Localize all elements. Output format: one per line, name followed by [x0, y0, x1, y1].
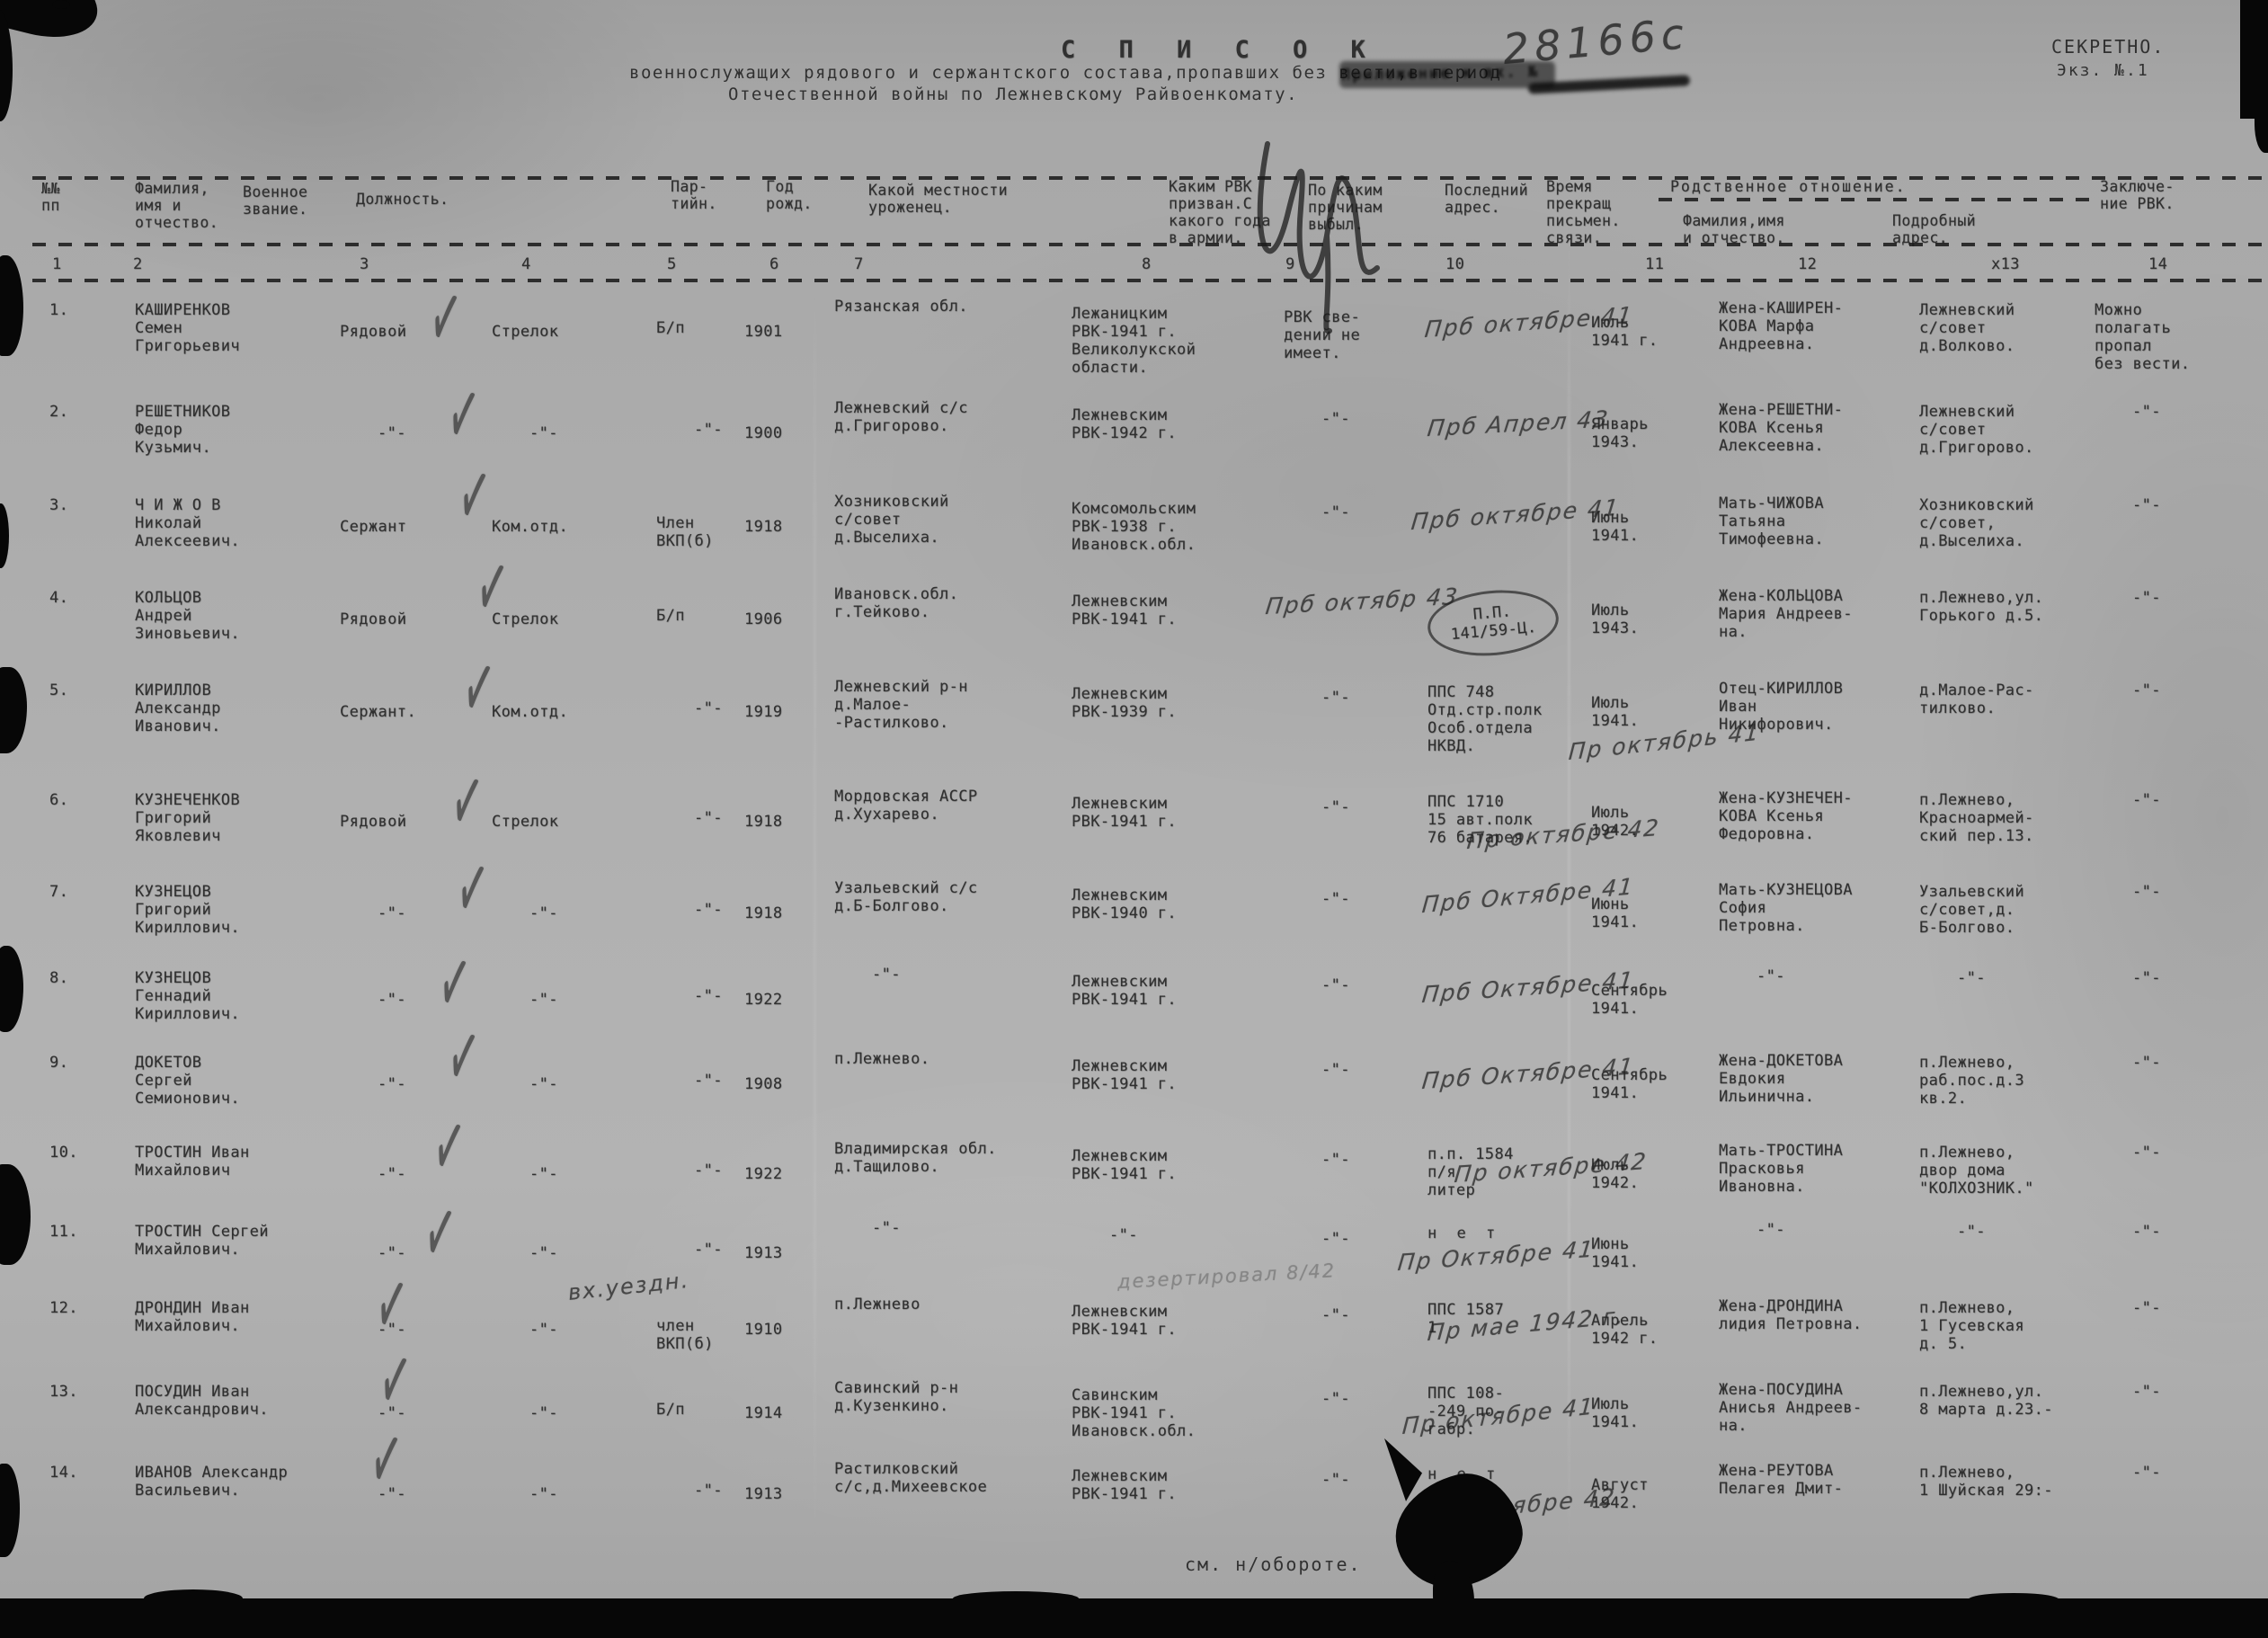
- cell-origin: Растилковский с/с,д.Михеевское: [834, 1460, 987, 1496]
- cell-rank: -"-: [340, 904, 406, 922]
- cell-year: 1901: [744, 323, 783, 341]
- column-number-8: 8: [1142, 255, 1152, 273]
- cell-position: -"-: [492, 904, 558, 922]
- cell-reason: -"-: [1284, 1151, 1350, 1169]
- cell-num: 8.: [49, 969, 68, 987]
- table-rule-bottom: [32, 279, 2268, 282]
- cell-year: 1910: [744, 1321, 783, 1339]
- cell-party: -"-: [656, 1241, 723, 1259]
- cell-name: ДРОНДИН Иван Михайлович.: [135, 1299, 250, 1335]
- cell-year: 1922: [744, 991, 783, 1009]
- cell-concl: -"-: [2095, 403, 2161, 421]
- column-number-11: 11: [1645, 255, 1664, 273]
- cell-relative: Жена-КУЗНЕЧЕН- КОВА Ксенья Федоровна.: [1719, 789, 1853, 843]
- cell-year: 1913: [744, 1244, 783, 1262]
- document-page: С П И С О К военнослужащих рядового и се…: [0, 0, 2268, 1638]
- cell-last: н е т: [1428, 1224, 1500, 1242]
- cell-num: 14.: [49, 1464, 78, 1482]
- cell-origin: Савинский р-н д.Кузенкино.: [834, 1379, 958, 1415]
- cell-reason: -"-: [1284, 689, 1350, 707]
- cell-relative: Жена-ДОКЕТОВА Евдокия Ильинична.: [1719, 1052, 1843, 1106]
- cell-position: Стрелок: [492, 323, 558, 341]
- cell-name: КОЛЬЦОВ Андрей Зиновьевич.: [135, 589, 240, 643]
- cell-time: Июль 1941.: [1591, 694, 1639, 730]
- cell-relative: Мать-КУЗНЕЦОВА София Петровна.: [1719, 881, 1853, 935]
- checkmark-icon: ✓: [422, 1162, 458, 1298]
- column-number-4: 4: [521, 255, 531, 273]
- cell-reason: -"-: [1284, 798, 1350, 816]
- cell-party: Член ВКП(б): [656, 514, 714, 550]
- cell-year: 1918: [744, 904, 783, 922]
- torn-edge-left-2: [0, 503, 9, 568]
- torn-edge-top-left: [0, 0, 105, 49]
- cell-relative: Мать-ЧИЖОВА Татьяна Тимофеевна.: [1719, 494, 1824, 548]
- cell-reason: -"-: [1284, 890, 1350, 908]
- cell-position: -"-: [492, 424, 558, 442]
- table-header-col-10: Последний адрес.: [1445, 182, 1528, 216]
- table-header-col-6: Год рожд.: [766, 178, 813, 212]
- cell-concl: -"-: [2095, 791, 2161, 809]
- cell-party: -"-: [656, 699, 723, 717]
- table-header-col-1: №№ пп: [41, 180, 60, 214]
- cell-drafted: Лежневским РВК-1941 г.: [1072, 1147, 1177, 1183]
- page-subtitle-2: Отечественной войны по Лежневскому Райво…: [728, 85, 1298, 104]
- cell-rank: -"-: [340, 1075, 406, 1093]
- cell-num: 12.: [49, 1299, 78, 1317]
- cell-concl: -"-: [2095, 681, 2161, 699]
- cell-position: -"-: [492, 991, 558, 1009]
- cell-drafted: -"-: [1072, 1226, 1138, 1244]
- cell-rel_addr: п.Лежнево, Красноармей- ский пер.13.: [1919, 791, 2034, 845]
- table-header-col-14: Заключе- ние РВК.: [2100, 178, 2175, 212]
- table-header-col-7: Какой местности уроженец.: [868, 182, 1008, 216]
- cell-num: 7.: [49, 883, 68, 901]
- cell-name: ТРОСТИН Сергей Михайлович.: [135, 1223, 269, 1259]
- cell-rank: -"-: [340, 991, 406, 1009]
- column-number-6: 6: [769, 255, 779, 273]
- page-title: С П И С О К: [1061, 36, 1380, 64]
- handwritten-note: Прб октябре 41: [1410, 494, 1621, 536]
- cell-drafted: Лежневским РВК-1942 г.: [1072, 406, 1177, 442]
- handwritten-stamp-number: 28166с: [1501, 9, 1692, 74]
- cell-party: -"-: [656, 901, 723, 919]
- cell-origin: Узальевский с/с д.Б-Болгово.: [834, 879, 978, 915]
- cell-concl: -"-: [2095, 1383, 2161, 1401]
- cell-party: Б/п: [656, 1401, 685, 1419]
- cell-origin: -"-: [834, 1219, 901, 1237]
- cell-relative: Жена-ПОСУДИНА Анисья Андреев- на.: [1719, 1381, 1863, 1435]
- cell-time: Июнь 1941.: [1591, 1235, 1639, 1271]
- cell-party: -"-: [656, 1072, 723, 1090]
- cell-num: 3.: [49, 496, 68, 514]
- table-header-col-2: Фамилия, имя и отчество.: [135, 180, 218, 231]
- cell-origin: Рязанская обл.: [834, 298, 968, 316]
- cell-origin: Хозниковский с/совет д.Выселиха.: [834, 493, 949, 547]
- cell-party: -"-: [656, 809, 723, 827]
- column-number-7: 7: [854, 255, 864, 273]
- cell-year: 1919: [744, 703, 783, 721]
- cell-rank: Сержант: [340, 518, 406, 536]
- cell-rel_addr: п.Лежнево,ул. Горького д.5.: [1919, 589, 2043, 625]
- cell-relative: Мать-ТРОСТИНА Прасковья Ивановна.: [1719, 1142, 1843, 1196]
- table-header-col-3: Военное звание.: [243, 183, 307, 218]
- column-number-1: 1: [52, 255, 62, 273]
- cell-party: Б/п: [656, 607, 685, 625]
- cell-concl: -"-: [2095, 1299, 2161, 1317]
- cell-origin: Лежневский с/с д.Григорово.: [834, 399, 968, 435]
- cell-relative: -"-: [1719, 967, 1785, 985]
- cell-name: ДОКЕТОВ Сергей Семионович.: [135, 1054, 240, 1108]
- cell-rel_addr: Хозниковский с/совет, д.Выселиха.: [1919, 496, 2034, 550]
- cell-reason: -"-: [1284, 976, 1350, 994]
- cell-num: 2.: [49, 403, 68, 421]
- cell-drafted: Лежневским РВК-1941 г.: [1072, 1467, 1177, 1503]
- cell-rel_addr: п.Лежнево, раб.пос.д.3 кв.2.: [1919, 1054, 2024, 1108]
- bottom-scan-bar: [0, 1598, 2268, 1638]
- cell-concl: Можно полагать пропал без вести.: [2095, 301, 2190, 373]
- cell-concl: -"-: [2095, 1054, 2161, 1072]
- cell-num: 9.: [49, 1054, 68, 1072]
- cell-rel_addr: д.Малое-Рас- тилково.: [1919, 681, 2034, 717]
- cell-relative: -"-: [1719, 1221, 1785, 1239]
- cell-year: 1918: [744, 518, 783, 536]
- cell-drafted: Лежневским РВК-1941 г.: [1072, 592, 1177, 628]
- cell-relative: Жена-РЕШЕТНИ- КОВА Ксенья Алексеевна.: [1719, 401, 1843, 455]
- copy-number-label: Экз. №.1: [2057, 61, 2149, 80]
- torn-edge-left-1: [0, 255, 23, 356]
- table-group-header: Родственное отношение.: [1670, 178, 1907, 195]
- cell-rank: Сержант.: [340, 703, 416, 721]
- cell-origin: -"-: [834, 966, 901, 984]
- column-number-13: х13: [1991, 255, 2020, 273]
- cell-reason: -"-: [1284, 503, 1350, 521]
- table-header-col-5: Пар- тийн.: [671, 178, 717, 212]
- cell-relative: Жена-КАШИРЕН- КОВА Марфа Андреевна.: [1719, 299, 1843, 353]
- cell-party: -"-: [656, 1162, 723, 1180]
- torn-edge-left-4: [0, 946, 23, 1032]
- torn-edge-left-5: [0, 1164, 31, 1265]
- table-rule-group: [1659, 198, 2090, 201]
- cell-drafted: Комсомольским РВК-1938 г. Ивановск.обл.: [1072, 500, 1196, 554]
- cell-origin: Мордовская АССР д.Хухарево.: [834, 788, 978, 823]
- cell-num: 5.: [49, 681, 68, 699]
- cell-relative: Жена-КОЛЬЦОВА Мария Андреев- на.: [1719, 587, 1853, 641]
- cell-name: КУЗНЕЧЕНКОВ Григорий Яковлевич: [135, 791, 240, 845]
- cell-reason: -"-: [1284, 1390, 1350, 1408]
- table-rule-top: [32, 176, 2268, 180]
- cell-relative: Жена-ДРОНДИНА лидия Петровна.: [1719, 1297, 1863, 1333]
- cell-party: -"-: [656, 987, 723, 1005]
- handwritten-desertion-note: дезертировал 8/42: [1116, 1260, 1336, 1293]
- cell-num: 13.: [49, 1383, 78, 1401]
- table-header-col-4: Должность.: [356, 191, 449, 208]
- cell-position: Стрелок: [492, 813, 558, 831]
- paper-crease: [814, 288, 816, 1546]
- cell-reason: -"-: [1284, 1306, 1350, 1324]
- cell-origin: Лежневский р-н д.Малое- -Растилково.: [834, 678, 968, 732]
- cell-drafted: Лежневским РВК-1941 г.: [1072, 1303, 1177, 1339]
- cell-drafted: Лежневским РВК-1941 г.: [1072, 973, 1177, 1009]
- checkmark-icon: ✓: [461, 617, 496, 753]
- cell-drafted: Лежневским РВК-1940 г.: [1072, 886, 1177, 922]
- cell-rank: -"-: [340, 424, 406, 442]
- cell-position: -"-: [492, 1485, 558, 1503]
- cell-concl: -"-: [2095, 1223, 2161, 1241]
- column-number-3: 3: [360, 255, 369, 273]
- cell-concl: -"-: [2095, 969, 2161, 987]
- cell-year: 1906: [744, 610, 783, 628]
- cell-name: ТРОСТИН Иван Михайлович: [135, 1144, 250, 1180]
- torn-edge-right-taper: [2255, 117, 2268, 153]
- cell-concl: -"-: [2095, 883, 2161, 901]
- cell-rank: -"-: [340, 1165, 406, 1183]
- cell-name: ИВАНОВ Александр Васильевич.: [135, 1464, 288, 1500]
- cell-position: -"-: [492, 1165, 558, 1183]
- handwritten-note: Прб октябр 43: [1264, 583, 1460, 619]
- table-header-col-12: Фамилия,имя и отчество.: [1683, 212, 1785, 246]
- handwritten-note: Прб Апрел 43: [1426, 405, 1611, 441]
- cell-relative: Жена-РЕУТОВА Пелагея Дмит-: [1719, 1462, 1843, 1498]
- cell-rel_addr: -"-: [1919, 1223, 1986, 1241]
- cell-time: Июль 1941.: [1591, 1395, 1639, 1431]
- cell-origin: Ивановск.обл. г.Тейково.: [834, 585, 958, 621]
- torn-edge-left-3: [0, 667, 27, 753]
- cell-drafted: Лежаницким РВК-1941 г. Великолукской обл…: [1072, 305, 1196, 377]
- cell-concl: -"-: [2095, 1144, 2161, 1162]
- pen-scrawl-icon: [1241, 126, 1447, 333]
- table-header-col-13: Подробный адрес.: [1892, 212, 1976, 246]
- cell-concl: -"-: [2095, 589, 2161, 607]
- cell-num: 1.: [49, 301, 68, 319]
- cell-position: -"-: [492, 1244, 558, 1262]
- cell-rel_addr: п.Лежнево, 1 Гусевская д. 5.: [1919, 1299, 2024, 1353]
- cell-origin: Владимирская обл. д.Тащилово.: [834, 1140, 997, 1176]
- column-number-12: 12: [1798, 255, 1817, 273]
- cell-drafted: Лежневским РВК-1939 г.: [1072, 685, 1177, 721]
- cell-position: -"-: [492, 1404, 558, 1422]
- cell-num: 10.: [49, 1144, 78, 1162]
- cell-drafted: Савинским РВК-1941 г. Ивановск.обл.: [1072, 1386, 1196, 1440]
- cell-concl: -"-: [2095, 1464, 2161, 1482]
- cell-name: КАШИРЕНКОВ Семен Григорьевич: [135, 301, 240, 355]
- cell-drafted: Лежневским РВК-1941 г.: [1072, 1057, 1177, 1093]
- cell-rel_addr: Лежневский с/совет д.Григорово.: [1919, 403, 2034, 457]
- cell-drafted: Лежневским РВК-1941 г.: [1072, 795, 1177, 831]
- cell-position: Ком.отд.: [492, 703, 568, 721]
- cell-name: Ч И Ж О В Николай Алексеевич.: [135, 496, 240, 550]
- cell-name: ПОСУДИН Иван Александрович.: [135, 1383, 269, 1419]
- cell-rank: Рядовой: [340, 610, 406, 628]
- cell-year: 1922: [744, 1165, 783, 1183]
- column-number-5: 5: [667, 255, 677, 273]
- column-number-10: 10: [1445, 255, 1464, 273]
- column-number-2: 2: [133, 255, 143, 273]
- cell-name: КИРИЛЛОВ Александр Иванович.: [135, 681, 221, 735]
- cell-name: КУЗНЕЦОВ Геннадий Кириллович.: [135, 969, 240, 1023]
- cell-rel_addr: п.Лежнево,ул. 8 марта д.23.-: [1919, 1383, 2053, 1419]
- cell-num: 6.: [49, 791, 68, 809]
- cell-year: 1913: [744, 1485, 783, 1503]
- cell-party: -"-: [656, 1482, 723, 1500]
- cell-rel_addr: Узальевский с/совет,д. Б-Болгово.: [1919, 883, 2024, 937]
- cell-rel_addr: -"-: [1919, 969, 1986, 987]
- cell-num: 11.: [49, 1223, 78, 1241]
- cell-rank: Рядовой: [340, 813, 406, 831]
- column-number-14: 14: [2148, 255, 2167, 273]
- cell-origin: п.Лежнево.: [834, 1050, 929, 1068]
- cell-rel_addr: п.Лежнево, двор дома "КОЛХОЗНИК.": [1919, 1144, 2034, 1197]
- cell-year: 1918: [744, 813, 783, 831]
- cell-rel_addr: Лежневский с/совет д.Волково.: [1919, 301, 2015, 355]
- cell-reason: -"-: [1284, 1061, 1350, 1079]
- cell-concl: -"-: [2095, 496, 2161, 514]
- handwritten-party-note: вх.уездн.: [567, 1268, 691, 1305]
- cell-position: -"-: [492, 1075, 558, 1093]
- cell-year: 1908: [744, 1075, 783, 1093]
- cell-party: -"-: [656, 421, 723, 439]
- cell-year: 1914: [744, 1404, 783, 1422]
- cell-name: РЕШЕТНИКОВ Федор Кузьмич.: [135, 403, 230, 457]
- cell-year: 1900: [744, 424, 783, 442]
- cell-name: КУЗНЕЦОВ Григорий Кириллович.: [135, 883, 240, 937]
- table-header-col-11: Время прекращ письмен. связи.: [1546, 178, 1621, 246]
- cell-rel_addr: п.Лежнево, 1 Шуйская 29:-: [1919, 1464, 2053, 1500]
- cell-time: Июль 1943.: [1591, 601, 1639, 637]
- cell-reason: -"-: [1284, 1471, 1350, 1489]
- torn-edge-right-top: [2240, 0, 2268, 119]
- cell-position: -"-: [492, 1321, 558, 1339]
- cell-rank: Рядовой: [340, 323, 406, 341]
- torn-edge-left-6: [0, 1464, 20, 1557]
- cell-origin: п.Лежнево: [834, 1295, 921, 1313]
- paper-speck: [52, 0, 70, 9]
- cell-reason: -"-: [1284, 1230, 1350, 1248]
- footer-note: см. н/обороте.: [1185, 1553, 1362, 1575]
- classification-label: СЕКРЕТНО.: [2051, 36, 2165, 58]
- cell-reason: -"-: [1284, 410, 1350, 428]
- cell-num: 4.: [49, 589, 68, 607]
- cell-party: Б/п: [656, 319, 685, 337]
- cell-party: член ВКП(б): [656, 1317, 714, 1353]
- cell-last: ППС 748 Отд.стр.полк Особ.отдела НКВД.: [1428, 683, 1543, 755]
